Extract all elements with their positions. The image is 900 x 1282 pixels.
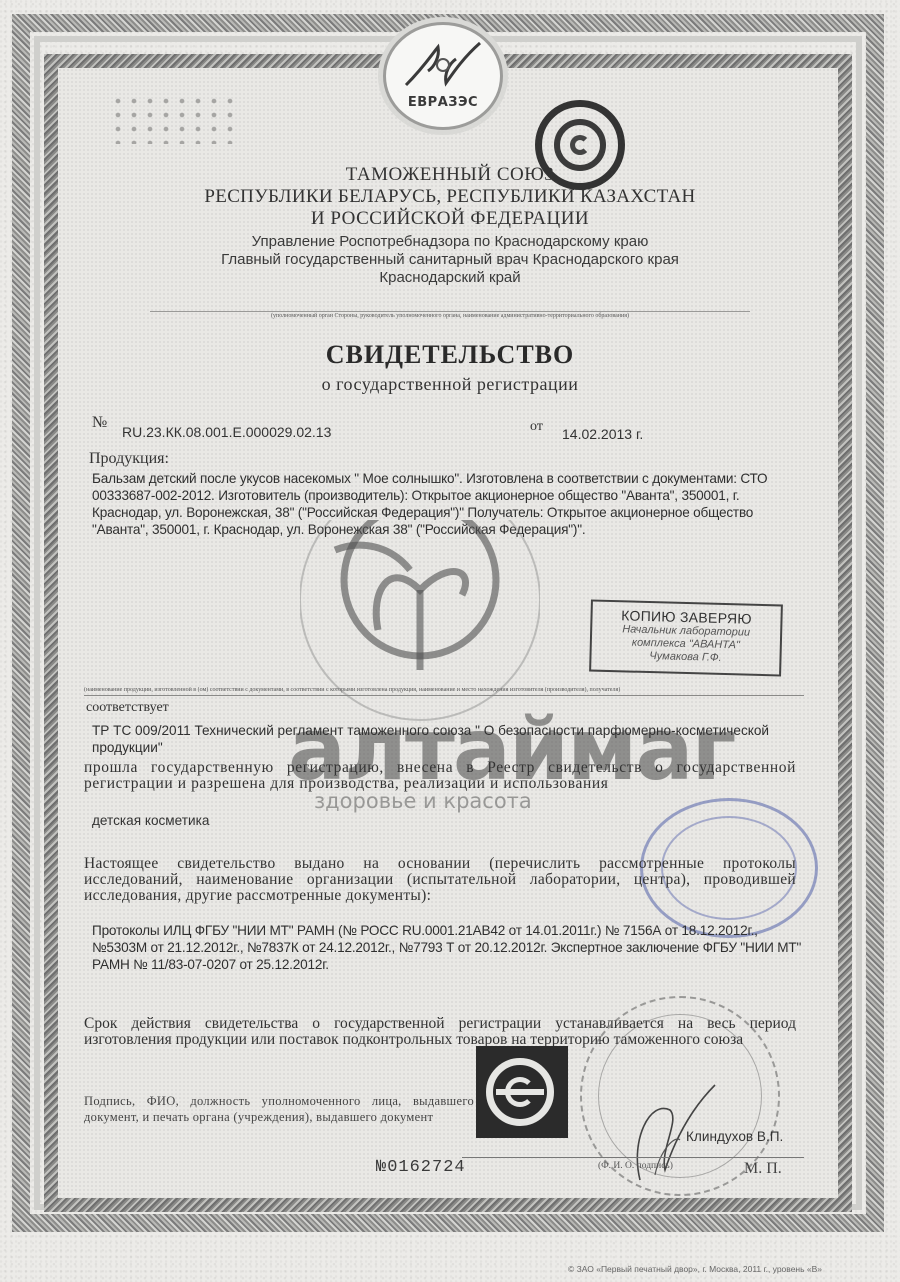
evrazes-emblem: ЕВРАЗЭС — [383, 22, 503, 130]
union-title-line2: РЕСПУБЛИКИ БЕЛАРУСЬ, РЕСПУБЛИКИ КАЗАХСТА… — [100, 186, 800, 208]
form-number: №0162724 — [376, 1158, 466, 1177]
number-sign: № — [92, 414, 107, 432]
compliance-caption: (наименование продукции, изготовленной в… — [84, 687, 804, 696]
basis-text: Настоящее свидетельство выдано на основа… — [84, 856, 796, 904]
complies-label: соответствует — [86, 700, 169, 716]
seal-place-label: М. П. — [744, 1160, 782, 1178]
authority-line3: Краснодарский край — [100, 269, 800, 286]
signature-caption: Подпись, ФИО, должность уполномоченного … — [84, 1093, 474, 1125]
document-title: СВИДЕТЕЛЬСТВО — [100, 340, 800, 370]
product-label: Продукция: — [89, 450, 169, 468]
product-category: детская косметика — [92, 813, 209, 828]
printer-note: © ЗАО «Первый печатный двор», г. Москва,… — [568, 1264, 822, 1274]
document-subtitle: о государственной регистрации — [100, 374, 800, 395]
authority-caption: (уполномоченный орган Стороны, руководит… — [150, 311, 750, 319]
guilloche-dots-decoration — [110, 94, 240, 144]
evrazes-bird-icon — [398, 33, 488, 93]
signature-hint: (Ф. И. О. подпись) — [598, 1161, 673, 1171]
registration-date: 14.02.2013 г. — [562, 426, 643, 442]
certificate-page: ЕВРАЗЭС ТАМОЖЕННЫЙ СОЮЗ РЕСПУБЛИКИ БЕЛАР… — [0, 0, 900, 1282]
certified-copy-stamp: КОПИЮ ЗАВЕРЯЮ Начальник лаборатории комп… — [589, 599, 783, 676]
test-protocols: Протоколы ИЛЦ ФГБУ "НИИ МТ" РАМН (№ РОСС… — [92, 922, 812, 973]
union-title-line3: И РОССИЙСКОЙ ФЕДЕРАЦИИ — [100, 208, 800, 230]
union-title-line1: ТАМОЖЕННЫЙ СОЮЗ — [100, 164, 800, 186]
watermark-tagline: здоровье и красота — [314, 789, 532, 813]
registration-status-text: прошла государственную регистрацию, внес… — [84, 760, 796, 792]
regulation-standard: ТР ТС 009/2011 Технический регламент там… — [92, 722, 772, 756]
signature-line — [462, 1157, 804, 1158]
authority-line1: Управление Роспотребнадзора по Краснодар… — [100, 233, 800, 250]
emblem-label: ЕВРАЗЭС — [386, 95, 500, 110]
gost-logo-icon — [476, 1046, 568, 1138]
registration-number: RU.23.КК.08.001.Е.000029.02.13 — [122, 424, 331, 440]
date-label: от — [530, 419, 543, 435]
authority-line2: Главный государственный санитарный врач … — [100, 251, 800, 268]
signer-name: Клиндухов В.П. — [686, 1129, 783, 1144]
